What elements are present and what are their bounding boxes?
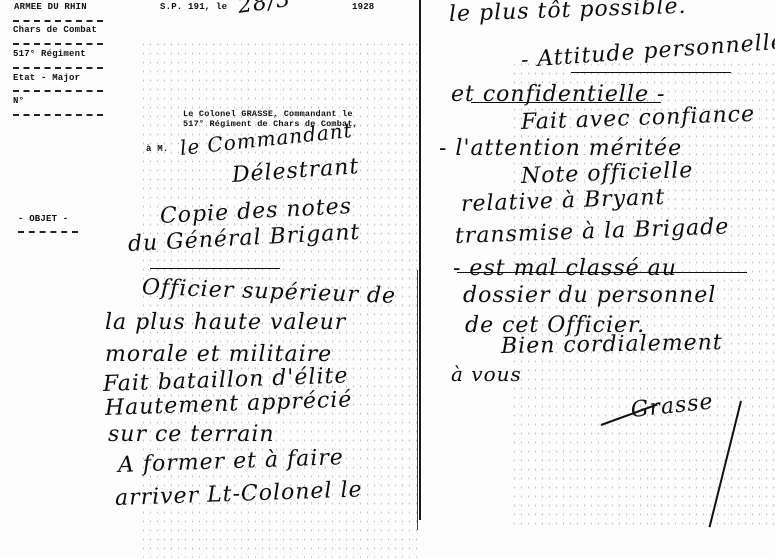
letterhead-rule — [13, 43, 103, 45]
handwritten-date: 28/3 — [236, 0, 292, 19]
letterhead-regiment: 517° Régiment — [13, 49, 86, 59]
letterhead-staff: Etat - Major — [13, 73, 80, 83]
objet-rule — [18, 231, 78, 233]
handwriting-underline — [571, 72, 731, 73]
handwriting-line: - est mal classé au — [453, 256, 677, 281]
letterhead-rule — [13, 20, 103, 22]
handwriting-line: morale et militaire — [105, 342, 332, 367]
handwriting-line: A former et à faire — [118, 445, 345, 478]
page-fold-shadow — [417, 270, 418, 530]
letterhead-rule — [13, 90, 103, 92]
handwriting-line: dossier du personnel — [463, 283, 716, 308]
handwriting-line: et confidentielle - — [451, 82, 665, 107]
letterhead-unit: Chars de Combat — [13, 25, 97, 35]
right-page: le plus tôt possible. - Attitude personn… — [421, 0, 775, 558]
handwriting-line: Bien cordialement — [501, 330, 723, 359]
letterhead-number: N° — [13, 96, 24, 106]
handwriting-underline — [457, 272, 747, 273]
handwriting-line: relative à Bryant — [461, 185, 666, 217]
left-page: ARMEE DU RHIN Chars de Combat 517° Régim… — [0, 0, 420, 558]
objet-label: - OBJET - — [18, 214, 68, 224]
handwriting-line: - l'attention méritée — [439, 136, 682, 161]
letterhead-rule — [13, 114, 103, 116]
handwriting-line: la plus haute valeur — [105, 310, 346, 335]
handwriting-line: arriver Lt-Colonel le — [115, 477, 363, 511]
handwriting-line: le plus tôt possible. — [449, 0, 687, 27]
handwriting-line: sur ce terrain — [108, 422, 275, 447]
handwriting-line: transmise à la Brigade — [455, 214, 730, 249]
letterhead-rule — [13, 67, 103, 69]
signature: Grasse — [630, 389, 715, 423]
handwriting-line: à vous — [451, 362, 522, 386]
letterhead-army: ARMEE DU RHIN — [14, 2, 87, 12]
handwriting-line: Officier supérieur de — [142, 275, 397, 309]
handwriting-line: - Attitude personnelle — [520, 30, 775, 73]
postal-sector: S.P. 191, le — [160, 2, 227, 12]
recipient-prefix: à M. — [146, 144, 168, 154]
handwriting-underline — [150, 268, 280, 269]
handwriting-line: Délestrant — [231, 154, 360, 188]
handwriting-underline — [471, 102, 661, 103]
page-edge-line — [709, 401, 742, 528]
sender-line-1: Le Colonel GRASSE, Commandant le — [183, 109, 353, 119]
handwriting-line: Note officielle — [521, 158, 694, 189]
year: 1928 — [352, 2, 374, 12]
